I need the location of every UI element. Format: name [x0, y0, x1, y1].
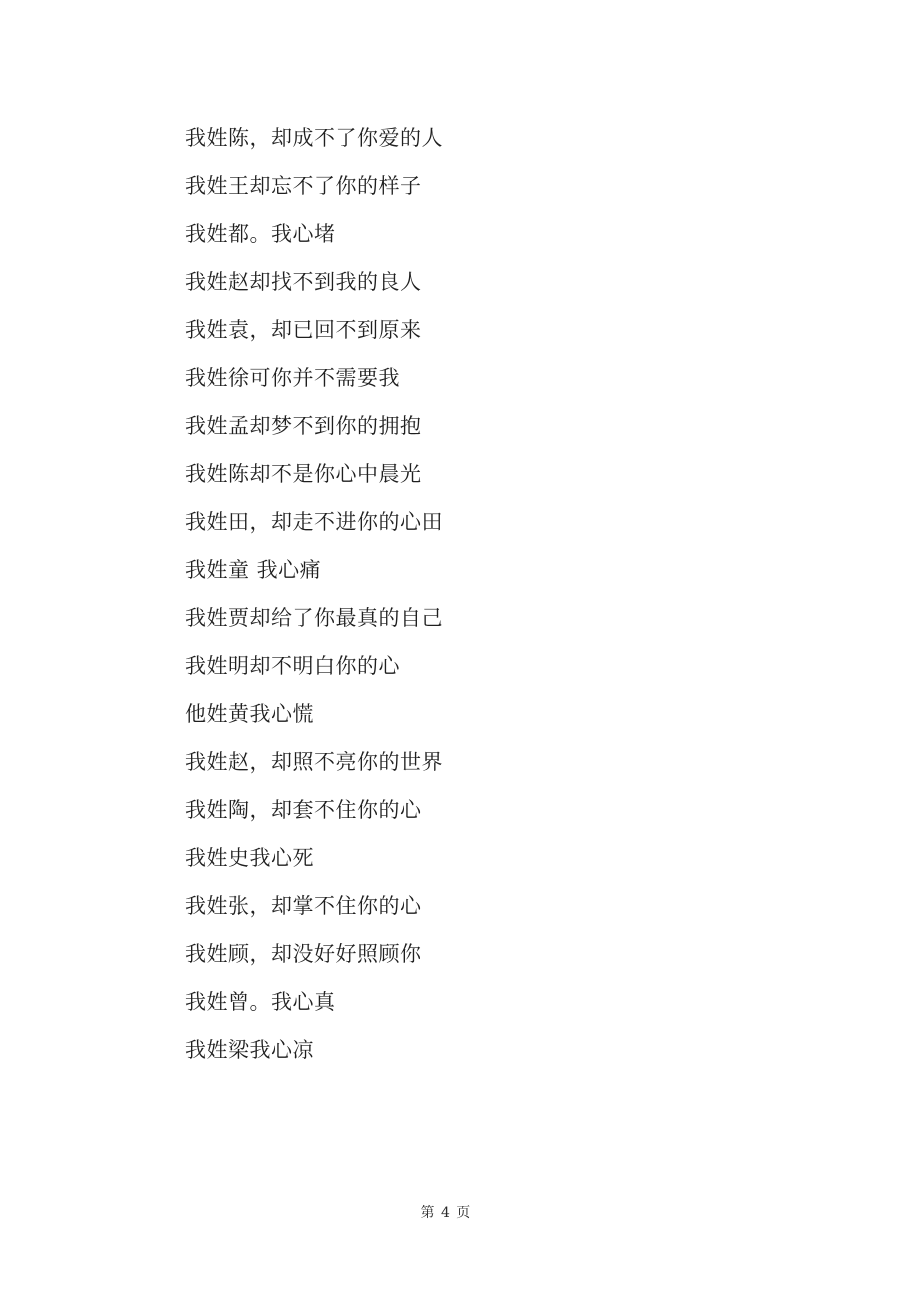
text-line: 我姓曾。我心真 [185, 978, 860, 1026]
text-line: 我姓陶，却套不住你的心 [185, 786, 860, 834]
text-line: 我姓梁我心凉 [185, 1026, 860, 1074]
text-line: 我姓徐可你并不需要我 [185, 354, 860, 402]
page-number-label: 第 4 页 [421, 1205, 472, 1221]
text-line: 我姓陈，却成不了你爱的人 [185, 114, 860, 162]
text-line: 我姓田，却走不进你的心田 [185, 498, 860, 546]
text-line: 我姓顾，却没好好照顾你 [185, 930, 860, 978]
text-line: 我姓史我心死 [185, 834, 860, 882]
text-line: 我姓赵，却照不亮你的世界 [185, 738, 860, 786]
text-line: 我姓童 我心痛 [185, 546, 860, 594]
text-line: 他姓黄我心慌 [185, 690, 860, 738]
document-body: 我姓陈，却成不了你爱的人 我姓王却忘不了你的样子 我姓都。我心堵 我姓赵却找不到… [185, 114, 860, 1074]
document-page: 我姓陈，却成不了你爱的人 我姓王却忘不了你的样子 我姓都。我心堵 我姓赵却找不到… [0, 0, 920, 1302]
page-footer: 第 4 页 [0, 1186, 870, 1238]
text-line: 我姓贾却给了你最真的自己 [185, 594, 860, 642]
text-line: 我姓都。我心堵 [185, 210, 860, 258]
text-line: 我姓张，却掌不住你的心 [185, 882, 860, 930]
text-line: 我姓陈却不是你心中晨光 [185, 450, 860, 498]
text-line: 我姓明却不明白你的心 [185, 642, 860, 690]
text-line: 我姓袁，却已回不到原来 [185, 306, 860, 354]
text-line: 我姓孟却梦不到你的拥抱 [185, 402, 860, 450]
text-line: 我姓赵却找不到我的良人 [185, 258, 860, 306]
text-line: 我姓王却忘不了你的样子 [185, 162, 860, 210]
